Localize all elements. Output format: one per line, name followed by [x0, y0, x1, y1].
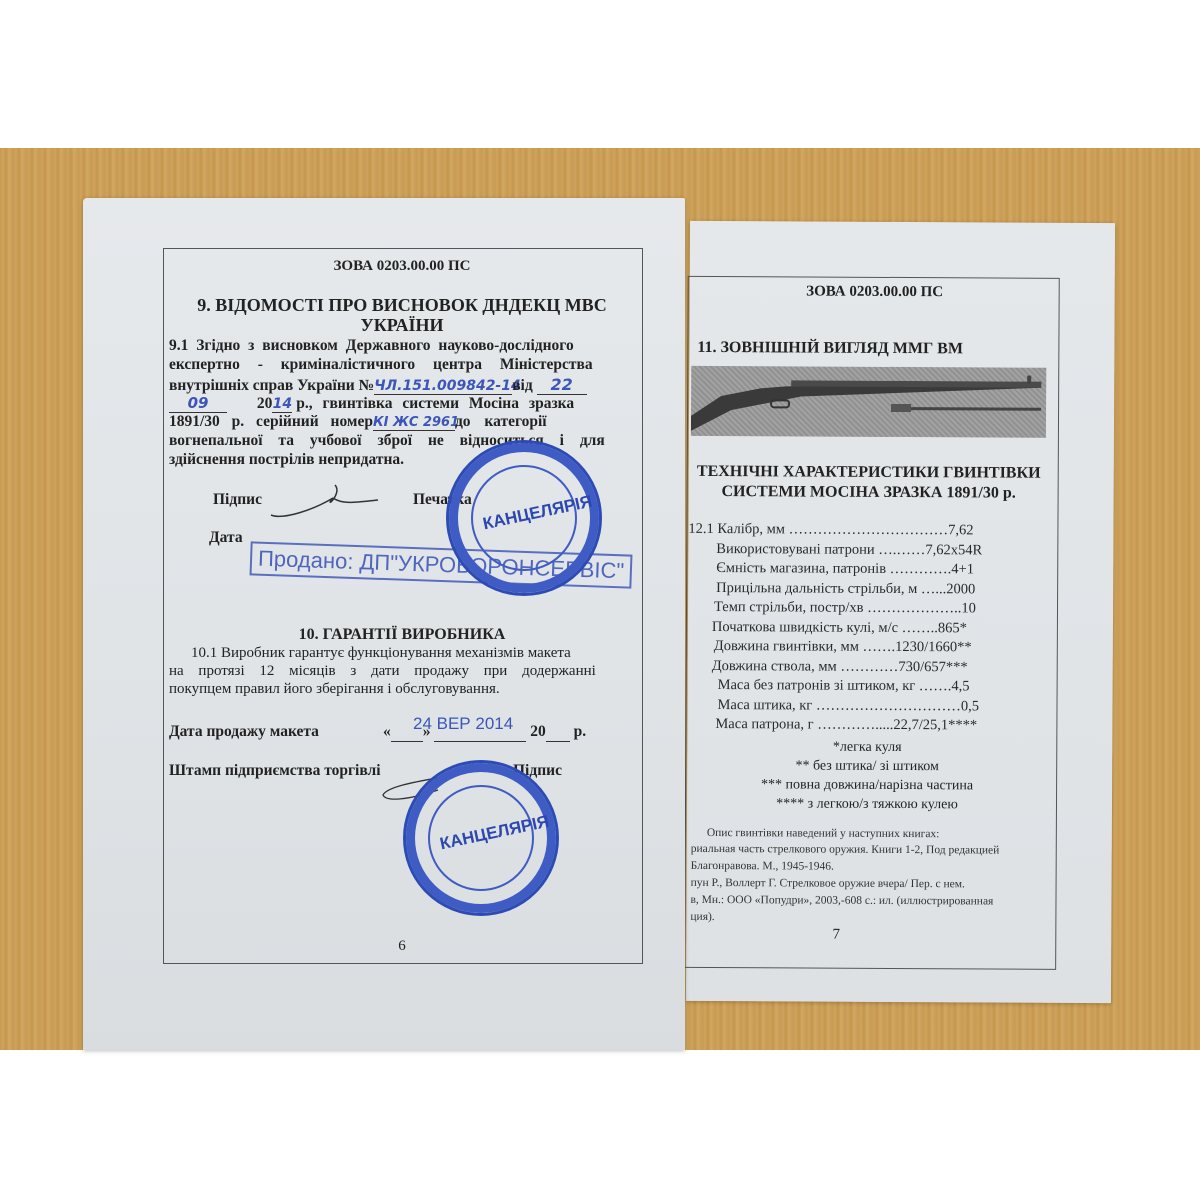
- sale-date-stamp: 24 ВЕР 2014: [413, 714, 513, 734]
- section-9-title-line2: УКРАЇНИ: [163, 315, 641, 336]
- doc-code: ЗОВА 0203.00.00 ПС: [690, 283, 1060, 302]
- spec-row: 12.1 Калібр, мм ……………………………7,62: [688, 521, 973, 539]
- text: 20: [257, 395, 273, 412]
- spec-row: Довжина гвинтівки, мм …….1230/1660**: [714, 638, 972, 656]
- page-number: 7: [686, 926, 986, 945]
- blank: [546, 723, 570, 742]
- section-10-title: 10. ГАРАНТІЇ ВИРОБНИКА: [163, 626, 641, 644]
- text: 1891/30 р. серійний номер: [169, 413, 373, 430]
- para-9-1-line7: здійснення пострілів непридатна.: [169, 451, 404, 469]
- footnote: **** з легкою/з тяжкою кулею: [687, 796, 1047, 814]
- book-reference-line: пун Р., Воллерт Г. Стрелковое оружие вче…: [691, 877, 965, 890]
- para-9-1-line1: 9.1 Згідно з висновком Державного науков…: [169, 337, 574, 355]
- para-10-1-line1: 10.1 Виробник гарантує функціонування ме…: [191, 645, 571, 662]
- spec-row: Початкова швидкість кулі, м/с ……..865*: [712, 619, 967, 637]
- month-field: 09: [169, 394, 227, 413]
- spec-row: Маса без патронів зі штиком, кг …….4,5: [718, 677, 970, 695]
- doc-code: ЗОВА 0203.00.00 ПС: [163, 258, 641, 275]
- book-reference-line: ция).: [690, 911, 714, 923]
- spec-row: Використовувані патрони ….……7,62x54R: [716, 541, 982, 559]
- section-11-title: 11. ЗОВНІШНІЙ ВИГЛЯД ММГ ВМ: [697, 339, 963, 358]
- spec-row: Маса штика, кг …………………………0,5: [717, 697, 979, 715]
- footnote: *** повна довжина/нарізна частина: [687, 777, 1047, 795]
- section-12-title-line2: СИСТЕМИ МОСІНА ЗРАЗКА 1891/30 р.: [679, 483, 1059, 503]
- para-9-1-line3: внутрішніх справ України №ЧЛ.151.009842-…: [169, 375, 587, 395]
- official-seal: КАНЦЕЛЯРІЯ: [446, 440, 602, 596]
- text: «: [383, 723, 391, 740]
- serial-number-field: КІ ЖС 2961: [373, 415, 455, 431]
- section-12-title-line1: ТЕХНІЧНІ ХАРАКТЕРИСТИКИ ГВИНТІВКИ: [679, 463, 1059, 483]
- signature-label: Підпис: [213, 491, 262, 509]
- spec-row: Темп стрільби, постр/хв ………………..10: [714, 599, 976, 617]
- document-page-6: ЗОВА 0203.00.00 ПС 9. ВІДОМОСТІ ПРО ВИСН…: [83, 198, 685, 1050]
- section-9-title-line1: 9. ВІДОМОСТІ ПРО ВИСНОВОК ДНДЕКЦ МВС: [163, 295, 641, 316]
- spec-row: Маса патрона, г ………….....22,7/25,1****: [715, 716, 977, 734]
- footnote: *легка куля: [687, 739, 1047, 757]
- spec-row: Прицільна дальність стрільби, м …...2000: [716, 580, 975, 598]
- para-10-1-line3: покупцем правил його зберігання і обслуг…: [169, 681, 500, 698]
- para-10-1-line2: на протязі 12 місяців з дати продажу при…: [169, 663, 596, 680]
- book-reference-line: риальная часть стрелкового оружия. Книги…: [691, 843, 1000, 857]
- rifle-image-icon: [691, 366, 1046, 438]
- official-seal: КАНЦЕЛЯРІЯ: [403, 760, 559, 916]
- page-number: 6: [163, 938, 641, 955]
- text: р., гвинтівка системи Мосіна зразка: [296, 395, 574, 412]
- text: 20: [530, 723, 546, 740]
- book-reference-line: в, Мн.: ООО «Попудри», 2003,-608 с.: ил.…: [690, 894, 993, 908]
- rifle-photo: [691, 366, 1046, 438]
- date-label: Дата: [209, 529, 243, 547]
- day-field: 22: [537, 375, 587, 395]
- books-intro: Опис гвинтівки наведений у наступних кни…: [707, 827, 940, 840]
- spec-row: Ємність магазина, патронів ………….4+1: [716, 560, 974, 578]
- para-9-1-line5: 1891/30 р. серійний номерКІ ЖС 2961до ка…: [169, 413, 547, 431]
- conclusion-number-field: ЧЛ.151.009842-14: [374, 378, 512, 395]
- year-field: 14: [272, 396, 292, 413]
- text: внутрішніх справ України №: [169, 377, 374, 394]
- text: р.: [574, 723, 587, 740]
- para-9-1-line4: 09 2014 р., гвинтівка системи Мосіна зра…: [169, 394, 574, 413]
- trade-stamp-label: Штамп підприємства торгівлі: [169, 762, 381, 780]
- footnote: ** без штика/ зі штиком: [687, 758, 1047, 776]
- document-page-7: ЗОВА 0203.00.00 ПС 11. ЗОВНІШНІЙ ВИГЛЯД …: [686, 221, 1115, 1003]
- text: до категорії: [455, 413, 547, 430]
- signature-scribble-icon: [263, 480, 383, 525]
- book-reference-line: Благонравова. М., 1945-1946.: [691, 860, 834, 873]
- text: від: [512, 377, 533, 394]
- para-9-1-line2: експертно - криміналістичного центра Мін…: [169, 356, 593, 374]
- spec-row: Довжина ствола, мм …………730/657***: [712, 658, 968, 676]
- sale-date-label: Дата продажу макета: [169, 723, 319, 741]
